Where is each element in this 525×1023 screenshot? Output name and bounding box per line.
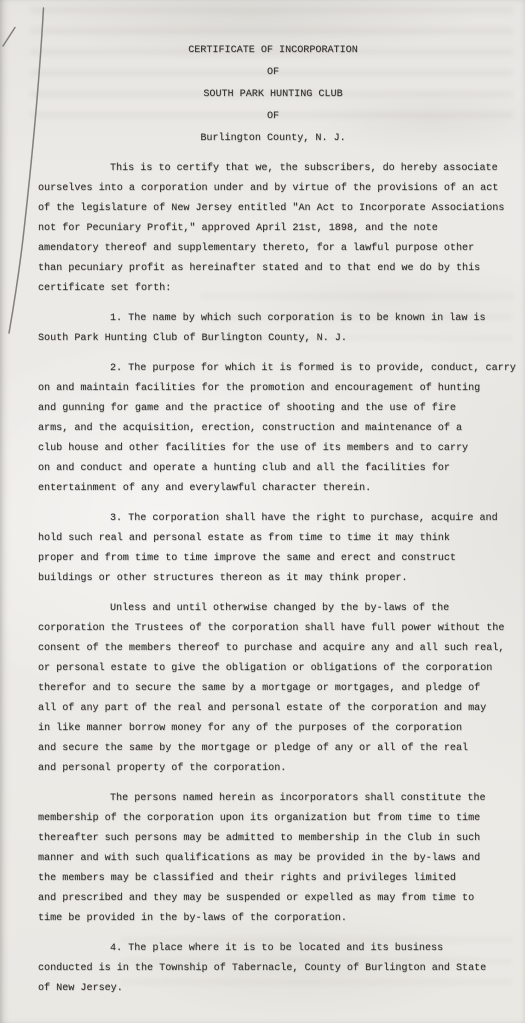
paragraph: Unless and until otherwise changed by th… (38, 599, 508, 779)
document-title-block: CERTIFICATE OF INCORPORATIONOFSOUTH PARK… (38, 40, 508, 150)
title-line: CERTIFICATE OF INCORPORATION (38, 40, 508, 62)
title-line: OF (38, 62, 508, 84)
title-line: OF (38, 106, 508, 128)
typewritten-text-area: CERTIFICATE OF INCORPORATIONOFSOUTH PARK… (0, 0, 525, 1009)
document-body: This is to certify that we, the subscrib… (38, 159, 508, 999)
title-line: SOUTH PARK HUNTING CLUB (38, 84, 508, 106)
paragraph: This is to certify that we, the subscrib… (38, 159, 508, 299)
scanned-document-page: CERTIFICATE OF INCORPORATIONOFSOUTH PARK… (0, 0, 525, 1023)
paragraph: 1. The name by which such corporation is… (38, 309, 508, 349)
title-line: Burlington County, N. J. (38, 128, 508, 150)
paragraph: 3. The corporation shall have the right … (38, 509, 508, 589)
paragraph: The persons named herein as incorporator… (38, 789, 508, 929)
paragraph: 2. The purpose for which it is formed is… (38, 359, 508, 499)
paragraph: 4. The place where it is to be located a… (38, 939, 508, 999)
